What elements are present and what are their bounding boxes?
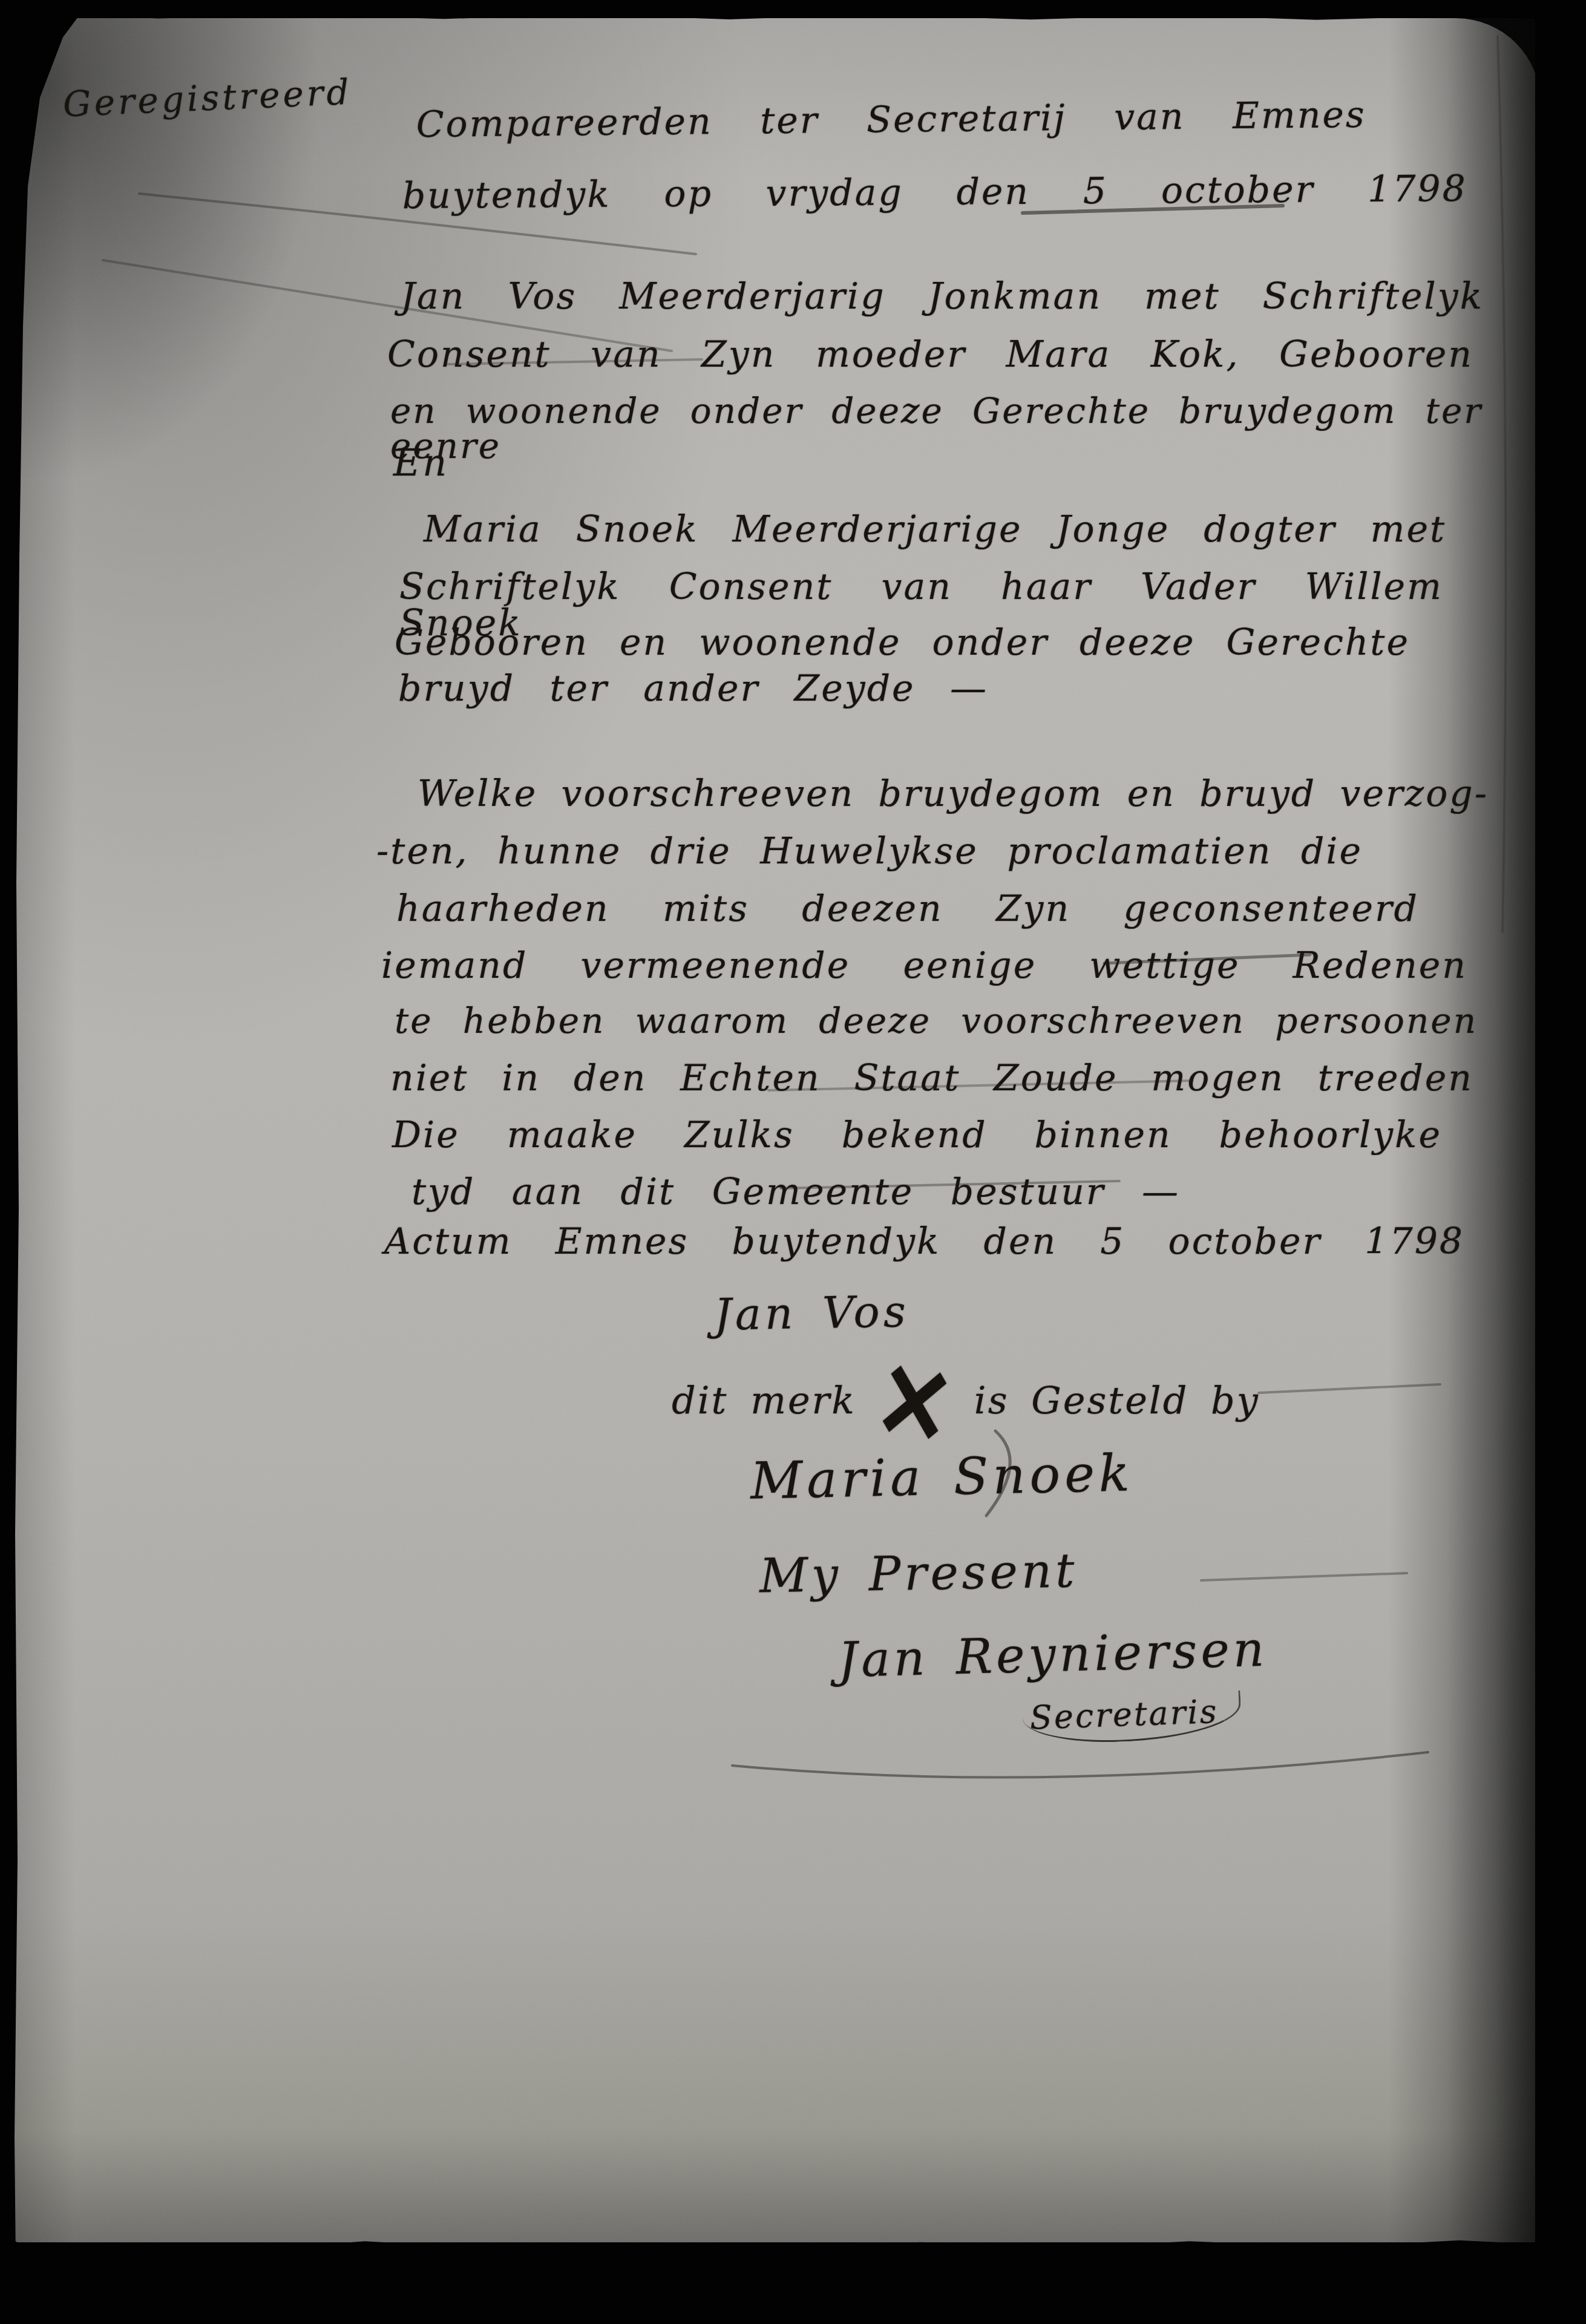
header-line: Compareerden ter Secretarij van Emnes [416, 97, 1366, 179]
binding-gutter-shadow [1447, 0, 1550, 2324]
groom-paragraph-line: en woonende onder deeze Gerechte bruydeg… [390, 393, 1483, 499]
scanned-document-page: Geregistreerd Compareerden ter Secretari… [0, 0, 1586, 2324]
header-date-line: buytendyk op vrydag den 5 october 1798 [402, 171, 1468, 250]
secretary-signature: Jan Reyniersen [837, 1621, 1268, 1689]
conjunction-word: En [393, 440, 448, 485]
bride-cross-mark-icon: ✕ [871, 1363, 959, 1445]
bride-mark-statement: dit merk ✕ is Gesteld by [672, 1378, 1260, 1433]
witness-attestation: My Present [759, 1543, 1078, 1603]
scan-edge-right [1535, 0, 1586, 2324]
bride-name: Maria Snoek [750, 1443, 1135, 1510]
mark-statement-prefix: dit merk [672, 1378, 856, 1422]
scan-edge-top [0, 0, 1586, 21]
mark-statement-suffix: is Gesteld by [974, 1378, 1260, 1422]
actum-date-line: Actum Emnes buytendyk den 5 october 1798 [384, 1223, 1464, 1296]
scan-edge-bottom [0, 2239, 1586, 2324]
groom-signature: Jan Vos [713, 1286, 909, 1340]
bride-paragraph-line: bruyd ter ander Zeyde — [398, 670, 988, 743]
